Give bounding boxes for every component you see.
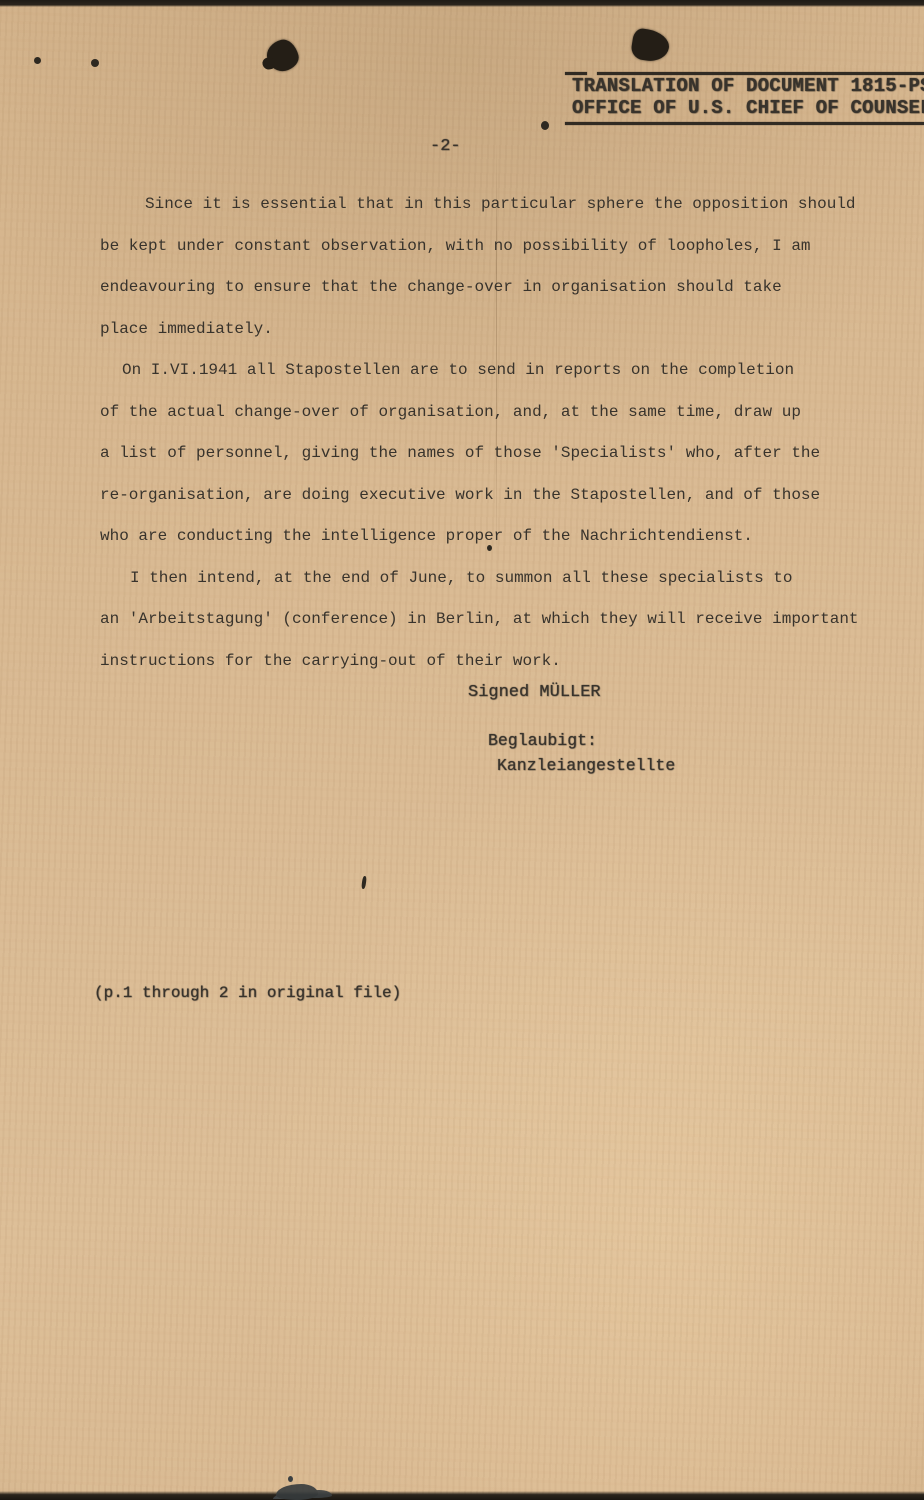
speck-mark bbox=[361, 876, 367, 889]
attestation-line2: Kanzleiangestellte bbox=[497, 753, 675, 778]
stamp-title-line1: TRANSLATION OF DOCUMENT 1815-PS bbox=[572, 76, 924, 97]
footnote: (p.1 through 2 in original file) bbox=[94, 984, 401, 1002]
body-line: instructions for the carrying-out of the… bbox=[100, 641, 900, 683]
body-line: endeavouring to ensure that the change-o… bbox=[100, 267, 900, 309]
body-line: an 'Arbeitstagung' (conference) in Berli… bbox=[100, 599, 900, 641]
page-number: -2- bbox=[430, 137, 461, 156]
speck-dot bbox=[34, 57, 41, 64]
body-line: Since it is essential that in this parti… bbox=[100, 184, 900, 226]
body-line: who are conducting the intelligence prop… bbox=[100, 516, 900, 558]
speck-dot bbox=[288, 1476, 293, 1482]
body-line: re-organisation, are doing executive wor… bbox=[100, 475, 900, 517]
body-line: I then intend, at the end of June, to su… bbox=[100, 558, 900, 600]
bottom-smudge bbox=[276, 1484, 318, 1500]
signature-line: Signed MÜLLER bbox=[468, 683, 601, 702]
body-line: place immediately. bbox=[100, 309, 900, 351]
stamp-title-line2: OFFICE OF U.S. CHIEF OF COUNSEL bbox=[572, 98, 924, 119]
scan-edge-top bbox=[0, 0, 924, 7]
body-line: be kept under constant observation, with… bbox=[100, 226, 900, 268]
document-body: Since it is essential that in this parti… bbox=[100, 184, 900, 682]
scanned-document-page: TRANSLATION OF DOCUMENT 1815-PS OFFICE O… bbox=[0, 0, 924, 1500]
ink-blot-left bbox=[264, 37, 302, 75]
ink-blot-right bbox=[630, 27, 671, 63]
attestation-line1: Beglaubigt: bbox=[488, 728, 597, 753]
stamp-underline bbox=[565, 122, 924, 125]
body-line: a list of personnel, giving the names of… bbox=[100, 433, 900, 475]
speck-dot bbox=[541, 121, 549, 130]
body-line: of the actual change-over of organisatio… bbox=[100, 392, 900, 434]
scan-edge-bottom bbox=[0, 1491, 924, 1500]
body-line: On I.VI.1941 all Stapostellen are to sen… bbox=[100, 350, 900, 392]
speck-dot bbox=[91, 59, 99, 67]
